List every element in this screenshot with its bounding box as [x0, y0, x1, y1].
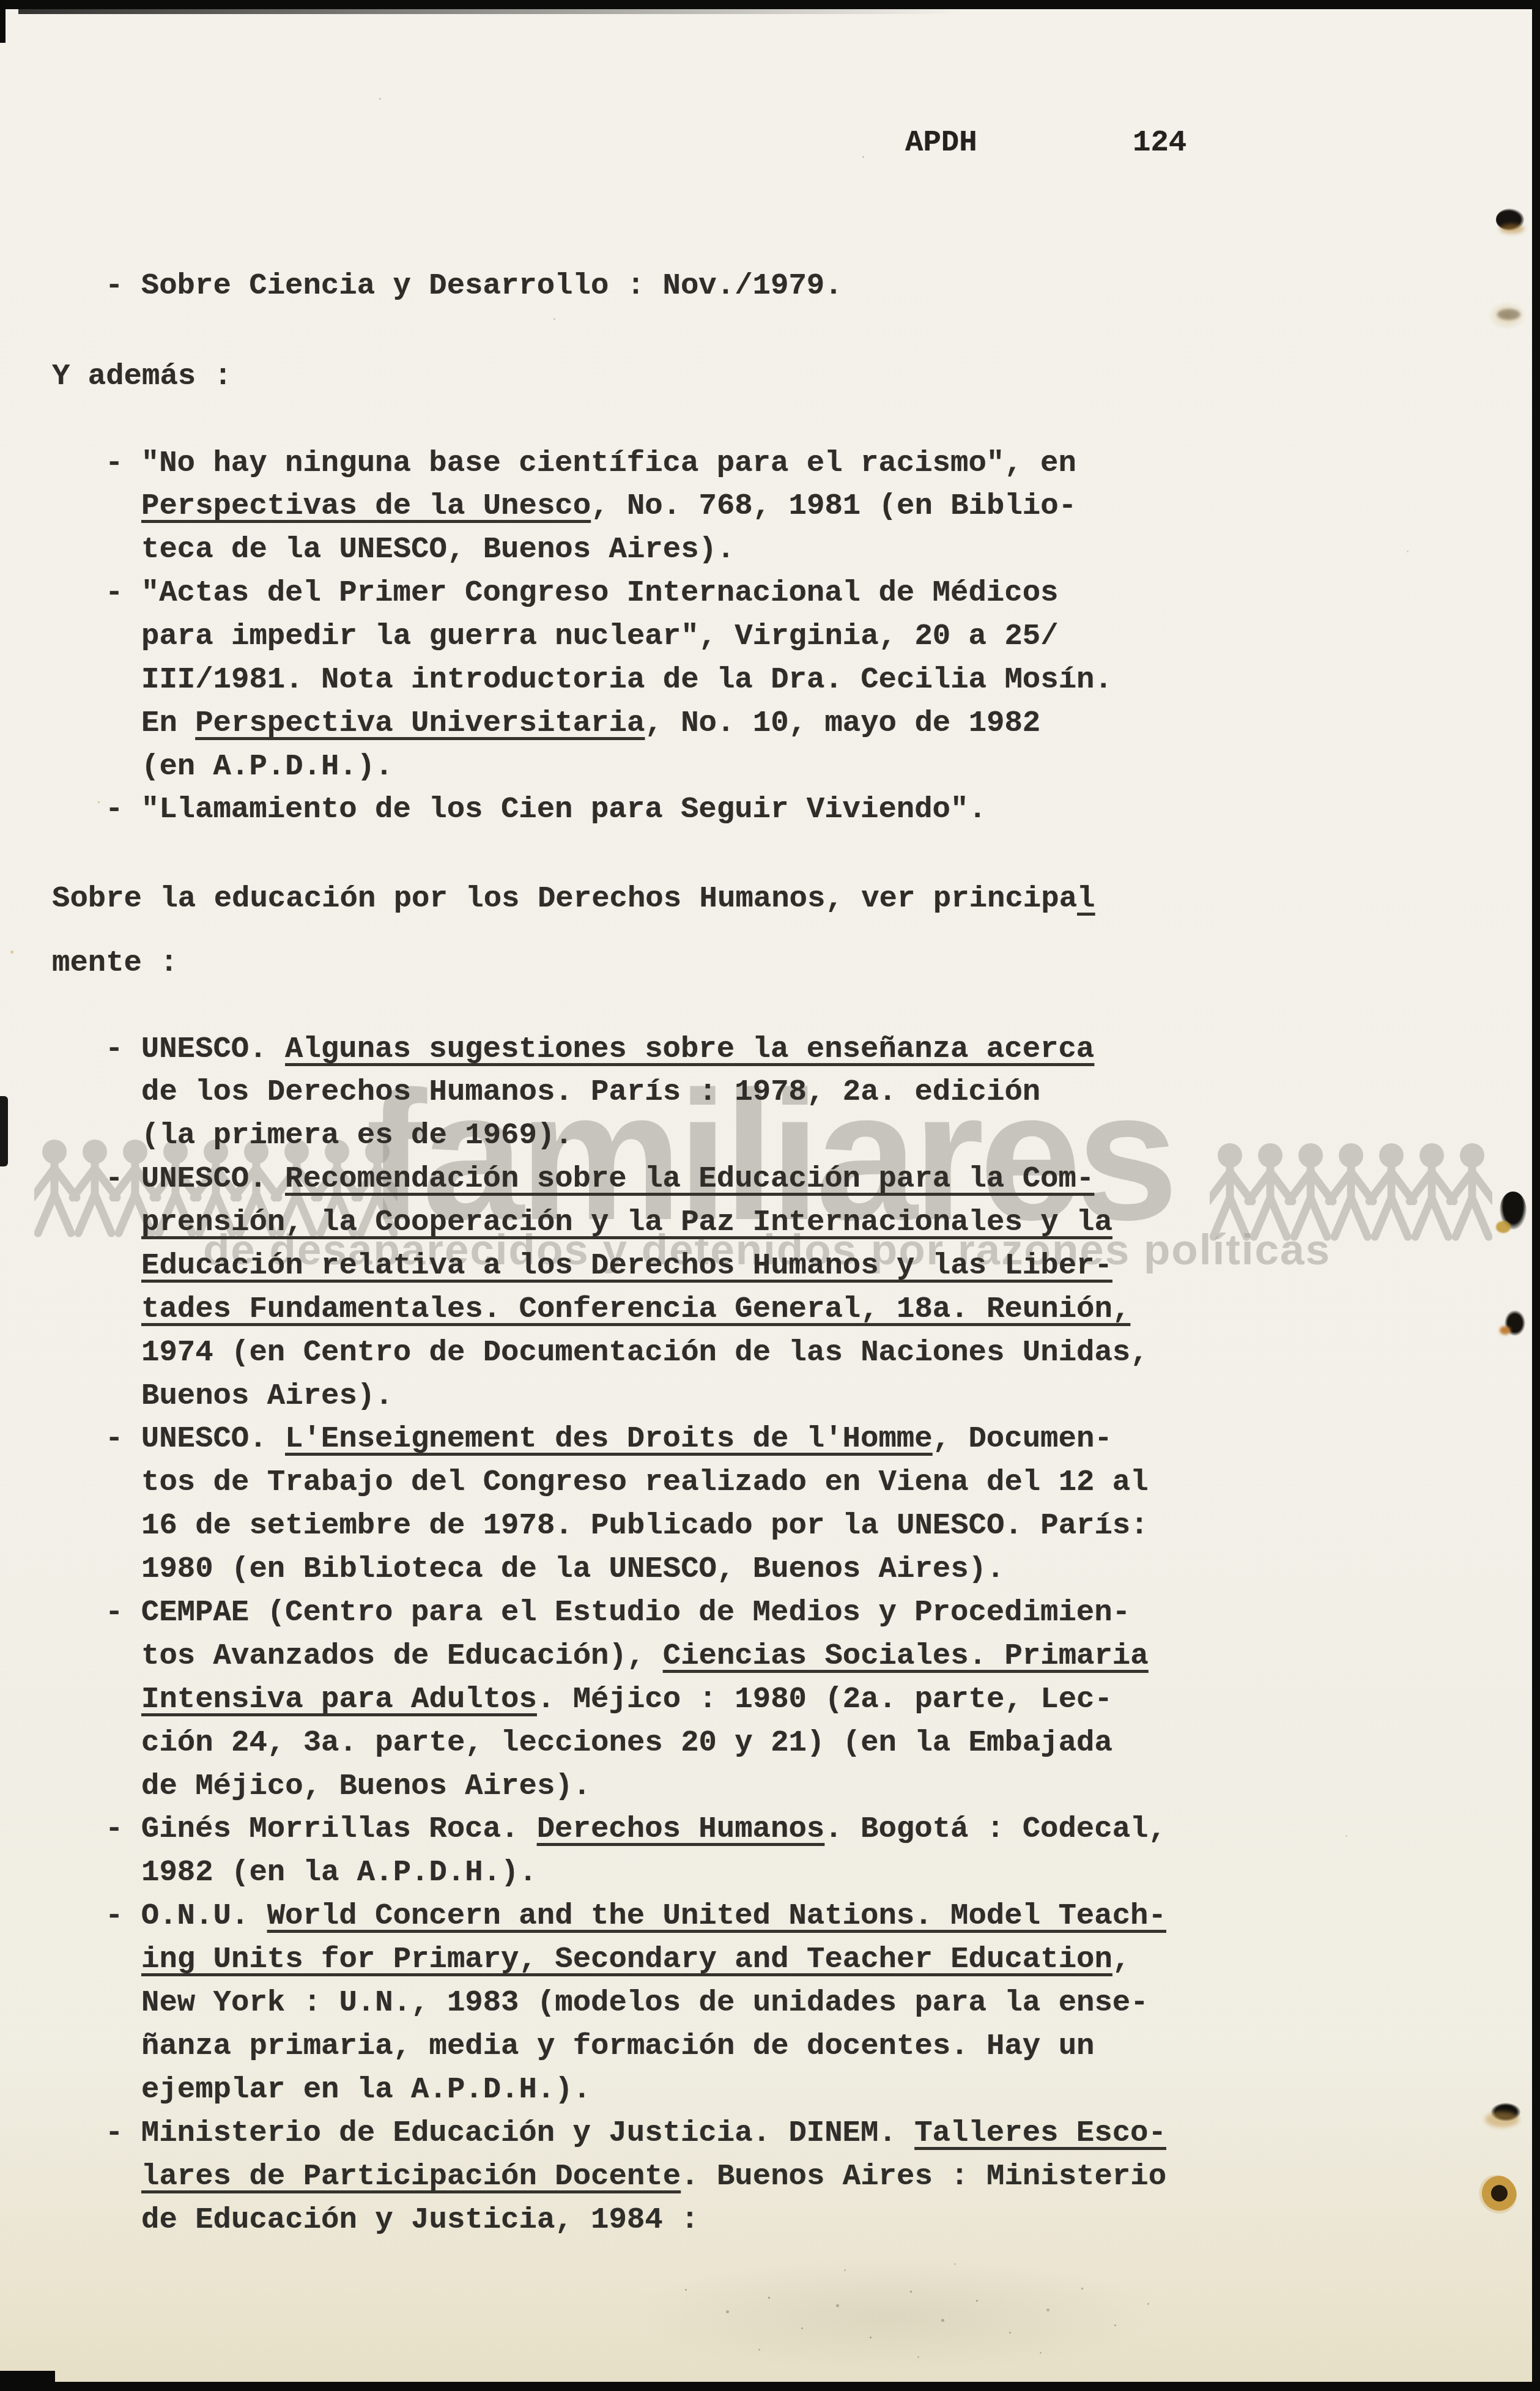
- typed-text: - UNESCO.: [105, 1162, 285, 1196]
- underlined-title-text: ing Units for Primary, Secondary and Tea…: [141, 1942, 1112, 1976]
- typed-text: . Bogotá : Codecal,: [824, 1812, 1166, 1846]
- text-line: Perspectivas de la Unesco, No. 768, 1981…: [141, 487, 1076, 524]
- text-line: Buenos Aires).: [141, 1377, 393, 1414]
- typed-text: . Buenos Aires : Ministerio: [681, 2159, 1166, 2193]
- typed-text: Sobre la educación por los Derechos Huma…: [52, 881, 1077, 916]
- text-line: (la primera es de 1969).: [141, 1117, 573, 1154]
- text-line: de los Derechos Humanos. París : 1978, 2…: [141, 1073, 1040, 1110]
- typed-text: - "Actas del Primer Congreso Internacion…: [105, 576, 1058, 610]
- text-line: ción 24, 3a. parte, lecciones 20 y 21) (…: [141, 1724, 1112, 1761]
- text-line: 16 de setiembre de 1978. Publicado por l…: [141, 1507, 1149, 1544]
- text-line: teca de la UNESCO, Buenos Aires).: [141, 531, 735, 568]
- typed-text: ñanza primaria, media y formación de doc…: [141, 2029, 1094, 2063]
- typed-text: - "No hay ninguna base científica para e…: [105, 446, 1076, 480]
- typed-text: ,: [1112, 1942, 1130, 1976]
- ink-stain-fringe: [1485, 2111, 1519, 2127]
- underlined-title-text: prensión, la Cooperación y la Paz Intern…: [141, 1205, 1112, 1239]
- typed-text: Y además :: [52, 359, 232, 393]
- smudge-mark-dark: [1497, 309, 1520, 320]
- text-line: tades Fundamentales. Conferencia General…: [141, 1291, 1130, 1327]
- typed-text: tos Avanzados de Educación),: [141, 1639, 663, 1673]
- text-line: mente :: [52, 944, 178, 981]
- underlined-title-text: Derechos Humanos: [537, 1812, 824, 1846]
- underlined-title-text: Recomendación sobre la Educación para la…: [285, 1162, 1094, 1196]
- typed-text: En: [141, 706, 195, 740]
- underlined-title-text: L'Enseignement des Droits de l'Homme: [285, 1422, 933, 1456]
- text-line: tos Avanzados de Educación), Ciencias So…: [141, 1637, 1149, 1674]
- typed-text: III/1981. Nota introductoria de la Dra. …: [141, 662, 1112, 697]
- typed-text: . Méjico : 1980 (2a. parte, Lec-: [537, 1682, 1112, 1716]
- scanned-page: familiares de desaparecidos y detenidos …: [0, 0, 1540, 2391]
- text-line: de Educación y Justicia, 1984 :: [141, 2201, 699, 2238]
- scan-corner-bottom-left: [0, 2371, 55, 2391]
- scan-edge-top: [0, 0, 1540, 9]
- typed-text: , No. 768, 1981 (en Biblio-: [591, 489, 1076, 523]
- text-line: 1980 (en Biblioteca de la UNESCO, Buenos…: [141, 1551, 1004, 1587]
- typed-text: teca de la UNESCO, Buenos Aires).: [141, 532, 735, 566]
- typed-text: New York : U.N., 1983 (modelos de unidad…: [141, 1985, 1149, 2020]
- underlined-title-text: Algunas sugestiones sobre la enseñanza a…: [285, 1032, 1094, 1066]
- typed-text: ción 24, 3a. parte, lecciones 20 y 21) (…: [141, 1726, 1112, 1760]
- underlined-title-text: Intensiva para Adultos: [141, 1682, 537, 1716]
- bottom-smudge: [624, 2257, 1162, 2373]
- text-line: - CEMPAE (Centro para el Estudio de Medi…: [105, 1594, 1130, 1631]
- typed-text: - Ministerio de Educación y Justicia. DI…: [105, 2116, 914, 2150]
- text-line: En Perspectiva Universitaria, No. 10, ma…: [141, 705, 1040, 741]
- text-line: Intensiva para Adultos. Méjico : 1980 (2…: [141, 1681, 1112, 1718]
- typed-text: de Méjico, Buenos Aires).: [141, 1769, 591, 1803]
- text-line: - "No hay ninguna base científica para e…: [105, 445, 1076, 481]
- typed-text: 1982 (en la A.P.D.H.).: [141, 1855, 537, 1889]
- typed-text: - Sobre Ciencia y Desarrollo : Nov./1979…: [105, 269, 843, 303]
- scan-edge-top-shadow: [18, 9, 960, 14]
- underlined-title-text: Educación relativa a los Derechos Humano…: [141, 1248, 1112, 1283]
- header-org-label: APDH: [905, 125, 977, 160]
- scan-edge-left-top-mark: [0, 0, 6, 43]
- typed-text: 1980 (en Biblioteca de la UNESCO, Buenos…: [141, 1552, 1004, 1586]
- text-line: - UNESCO. Algunas sugestiones sobre la e…: [105, 1031, 1094, 1067]
- text-line: - Ministerio de Educación y Justicia. DI…: [105, 2115, 1166, 2151]
- scan-edge-bottom: [0, 2382, 1540, 2391]
- typed-text: ejemplar en la A.P.D.H.).: [141, 2072, 591, 2107]
- underlined-title-text: l: [1077, 881, 1095, 916]
- underlined-title-text: World Concern and the United Nations. Mo…: [267, 1899, 1166, 1933]
- ochre-stain: [1475, 2175, 1517, 2215]
- ink-stain-fringe: [1500, 224, 1524, 234]
- typed-text: para impedir la guerra nuclear", Virgini…: [141, 619, 1059, 653]
- text-line: 1974 (en Centro de Documentación de las …: [141, 1334, 1149, 1371]
- typed-text: de los Derechos Humanos. París : 1978, 2…: [141, 1075, 1040, 1109]
- typed-text: - "Llamamiento de los Cien para Seguir V…: [105, 792, 987, 826]
- text-line: - "Actas del Primer Congreso Internacion…: [105, 574, 1058, 611]
- typed-text: tos de Trabajo del Congreso realizado en…: [141, 1465, 1149, 1499]
- text-line: New York : U.N., 1983 (modelos de unidad…: [141, 1984, 1149, 2021]
- text-line: tos de Trabajo del Congreso realizado en…: [141, 1464, 1149, 1500]
- text-line: Y además :: [52, 358, 232, 395]
- text-line: - O.N.U. World Concern and the United Na…: [105, 1897, 1166, 1934]
- typed-text: - Ginés Morrillas Roca.: [105, 1812, 537, 1846]
- ink-stain-fringe: [1500, 1326, 1511, 1335]
- text-line: - UNESCO. Recomendación sobre la Educaci…: [105, 1160, 1094, 1197]
- typed-text: de Educación y Justicia, 1984 :: [141, 2203, 699, 2237]
- text-line: - UNESCO. L'Enseignement des Droits de l…: [105, 1420, 1112, 1457]
- typed-text: 1974 (en Centro de Documentación de las …: [141, 1335, 1149, 1370]
- typed-text: - UNESCO.: [105, 1422, 285, 1456]
- text-line: ñanza primaria, media y formación de doc…: [141, 2028, 1094, 2064]
- text-line: lares de Participación Docente. Buenos A…: [141, 2158, 1166, 2195]
- scan-edge-left-mark: [0, 1096, 8, 1166]
- underlined-title-text: tades Fundamentales. Conferencia General…: [141, 1292, 1130, 1326]
- text-line: - Ginés Morrillas Roca. Derechos Humanos…: [105, 1811, 1166, 1847]
- page-number: 124: [1133, 125, 1186, 160]
- underlined-title-text: Talleres Esco-: [914, 2116, 1166, 2150]
- typed-text: (en A.P.D.H.).: [141, 749, 393, 784]
- ink-stain-fringe: [1496, 1221, 1511, 1233]
- typed-text: , No. 10, mayo de 1982: [645, 706, 1040, 740]
- paper-speckles: [0, 0, 2, 2]
- text-line: 1982 (en la A.P.D.H.).: [141, 1854, 537, 1891]
- typed-text: - CEMPAE (Centro para el Estudio de Medi…: [105, 1595, 1130, 1629]
- text-line: para impedir la guerra nuclear", Virgini…: [141, 618, 1059, 654]
- text-line: prensión, la Cooperación y la Paz Intern…: [141, 1204, 1112, 1240]
- typed-text: , Documen-: [933, 1422, 1112, 1456]
- underlined-title-text: Perspectivas de la Unesco: [141, 489, 591, 523]
- typed-text: 16 de setiembre de 1978. Publicado por l…: [141, 1508, 1149, 1543]
- text-line: de Méjico, Buenos Aires).: [141, 1768, 591, 1804]
- typed-text: - O.N.U.: [105, 1899, 267, 1933]
- typed-text: Buenos Aires).: [141, 1379, 393, 1413]
- underlined-title-text: Ciencias Sociales. Primaria: [663, 1639, 1149, 1673]
- text-line: ing Units for Primary, Secondary and Tea…: [141, 1941, 1130, 1978]
- text-line: (en A.P.D.H.).: [141, 748, 393, 785]
- typed-text: (la primera es de 1969).: [141, 1118, 573, 1152]
- text-line: Educación relativa a los Derechos Humano…: [141, 1247, 1112, 1284]
- typed-text: mente :: [52, 946, 178, 980]
- typed-text: - UNESCO.: [105, 1032, 285, 1066]
- text-line: ejemplar en la A.P.D.H.).: [141, 2071, 591, 2108]
- text-line: - Sobre Ciencia y Desarrollo : Nov./1979…: [105, 267, 843, 304]
- text-line: III/1981. Nota introductoria de la Dra. …: [141, 661, 1112, 698]
- text-line: Sobre la educación por los Derechos Huma…: [52, 880, 1095, 917]
- underlined-title-text: Perspectiva Universitaria: [195, 706, 645, 740]
- scan-edge-right: [1532, 0, 1540, 2391]
- text-line: - "Llamamiento de los Cien para Seguir V…: [105, 791, 987, 828]
- underlined-title-text: lares de Participación Docente: [141, 2159, 681, 2193]
